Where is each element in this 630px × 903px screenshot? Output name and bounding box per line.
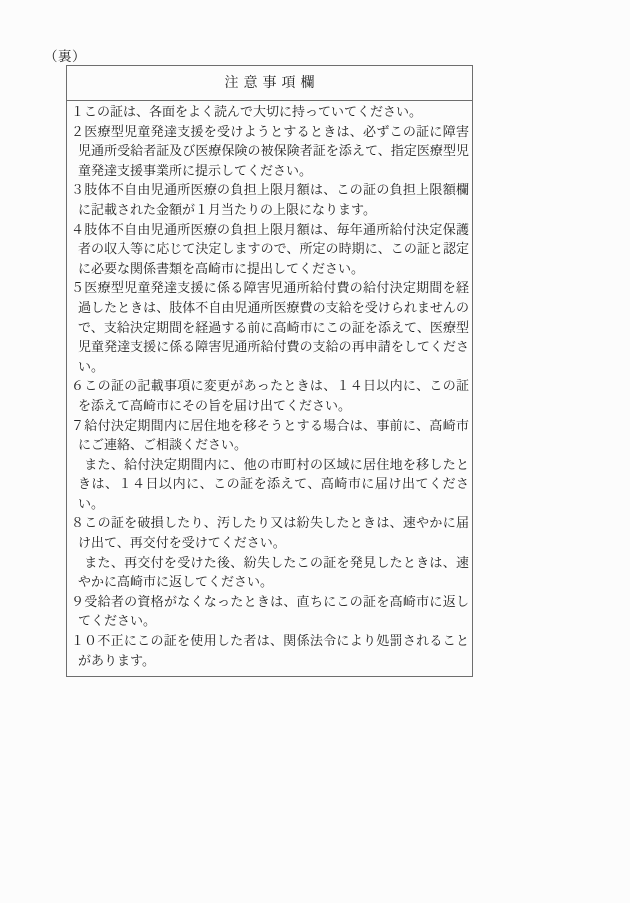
item-number: １ xyxy=(71,103,84,123)
item-number: ６ xyxy=(71,377,84,397)
item-paragraph: ４肢体不自由児通所医療の負担上限月額は、毎年通所給付決定保護者の収入等に応じて決… xyxy=(71,221,469,280)
notice-item: ９受給者の資格がなくなったときは、直ちにこの証を高崎市に返してください。 xyxy=(71,593,469,632)
item-number: ７ xyxy=(71,417,84,437)
notice-body: １この証は、各面をよく読んで大切に持っていてください。２医療型児童発達支援を受け… xyxy=(67,101,472,676)
item-text: 医療型児童発達支援に係る障害児通所給付費の給付決定期間を経過したときは、肢体不自… xyxy=(78,281,469,374)
item-number: ５ xyxy=(71,279,84,299)
notice-table: 注意事項欄 １この証は、各面をよく読んで大切に持っていてください。２医療型児童発… xyxy=(66,65,473,677)
item-number: ８ xyxy=(71,514,84,534)
side-label: （裏） xyxy=(44,45,86,65)
item-number: １０ xyxy=(71,632,97,652)
item-paragraph: また、給付決定期間内に、他の市町村の区域に居住地を移したときは、１４日以内に、こ… xyxy=(71,456,469,515)
item-paragraph: １０不正にこの証を使用した者は、関係法令により処罰されることがあります。 xyxy=(71,632,469,671)
notice-item: ７給付決定期間内に居住地を移そうとする場合は、事前に、高崎市にご連絡、ご相談くだ… xyxy=(71,417,469,515)
item-paragraph: ７給付決定期間内に居住地を移そうとする場合は、事前に、高崎市にご連絡、ご相談くだ… xyxy=(71,417,469,456)
item-paragraph: ５医療型児童発達支援に係る障害児通所給付費の給付決定期間を経過したときは、肢体不… xyxy=(71,279,469,377)
item-number: ４ xyxy=(71,221,84,241)
item-paragraph: ８この証を破損したり、汚したり又は紛失したときは、速やかに届け出て、再交付を受け… xyxy=(71,514,469,553)
notice-item: ５医療型児童発達支援に係る障害児通所給付費の給付決定期間を経過したときは、肢体不… xyxy=(71,279,469,377)
item-paragraph: １この証は、各面をよく読んで大切に持っていてください。 xyxy=(71,103,469,123)
item-text: 給付決定期間内に居住地を移そうとする場合は、事前に、高崎市にご連絡、ご相談くださ… xyxy=(78,419,469,454)
notice-item: １０不正にこの証を使用した者は、関係法令により処罰されることがあります。 xyxy=(71,632,469,671)
item-paragraph: また、再交付を受けた後、紛失したこの証を発見したときは、速やかに高崎市に返してく… xyxy=(71,554,469,593)
item-paragraph: ２医療型児童発達支援を受けようとするときは、必ずこの証に障害児通所受給者証及び医… xyxy=(71,123,469,182)
item-number: ３ xyxy=(71,181,84,201)
item-paragraph: ９受給者の資格がなくなったときは、直ちにこの証を高崎市に返してください。 xyxy=(71,593,469,632)
notice-item: ２医療型児童発達支援を受けようとするときは、必ずこの証に障害児通所受給者証及び医… xyxy=(71,123,469,182)
item-paragraph: ６この証の記載事項に変更があったときは、１４日以内に、この証を添えて高崎市にその… xyxy=(71,377,469,416)
item-text: この証の記載事項に変更があったときは、１４日以内に、この証を添えて高崎市にその旨… xyxy=(78,379,469,414)
item-text: 肢体不自由児通所医療の負担上限月額は、この証の負担上限額欄に記載された金額が１月… xyxy=(78,183,469,218)
notice-item: ４肢体不自由児通所医療の負担上限月額は、毎年通所給付決定保護者の収入等に応じて決… xyxy=(71,221,469,280)
item-text: 不正にこの証を使用した者は、関係法令により処罰されることがあります。 xyxy=(78,634,469,669)
item-text: 肢体不自由児通所医療の負担上限月額は、毎年通所給付決定保護者の収入等に応じて決定… xyxy=(78,223,469,277)
item-paragraph: ３肢体不自由児通所医療の負担上限月額は、この証の負担上限額欄に記載された金額が１… xyxy=(71,181,469,220)
notice-item: ８この証を破損したり、汚したり又は紛失したときは、速やかに届け出て、再交付を受け… xyxy=(71,514,469,592)
item-text: 受給者の資格がなくなったときは、直ちにこの証を高崎市に返してください。 xyxy=(78,595,469,630)
item-number: ９ xyxy=(71,593,84,613)
item-text: この証は、各面をよく読んで大切に持っていてください。 xyxy=(84,105,422,120)
notice-item: ３肢体不自由児通所医療の負担上限月額は、この証の負担上限額欄に記載された金額が１… xyxy=(71,181,469,220)
item-text: この証を破損したり、汚したり又は紛失したときは、速やかに届け出て、再交付を受けて… xyxy=(78,516,469,551)
notice-item: １この証は、各面をよく読んで大切に持っていてください。 xyxy=(71,103,469,123)
notice-table-title: 注意事項欄 xyxy=(67,66,472,101)
item-number: ２ xyxy=(71,123,84,143)
item-text: 医療型児童発達支援を受けようとするときは、必ずこの証に障害児通所受給者証及び医療… xyxy=(78,125,469,179)
notice-item: ６この証の記載事項に変更があったときは、１４日以内に、この証を添えて高崎市にその… xyxy=(71,377,469,416)
